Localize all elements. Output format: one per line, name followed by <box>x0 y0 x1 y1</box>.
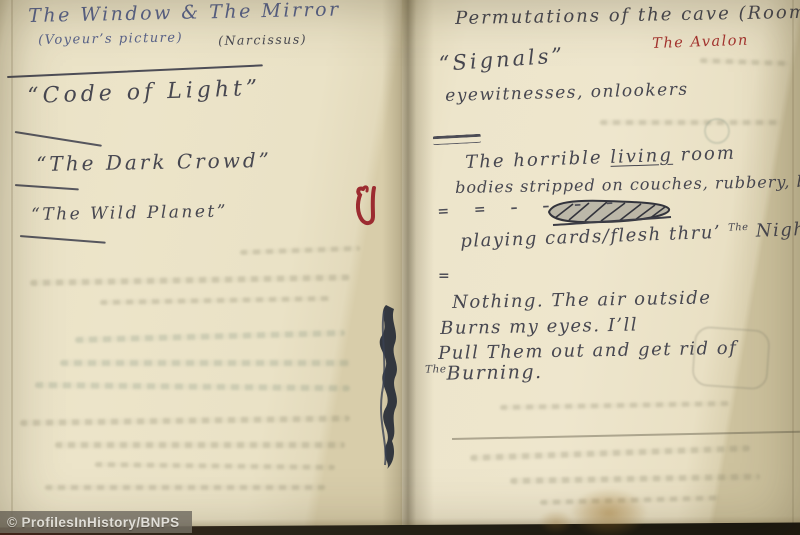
ghost-line <box>55 442 345 448</box>
left-page-edge <box>11 0 13 535</box>
cards-sup-the: The <box>728 222 749 234</box>
equals-mark: = <box>438 268 450 284</box>
red-annotation-avalon: The Avalon <box>652 33 749 52</box>
ink-scribble <box>372 303 406 471</box>
ghost-circle <box>704 118 730 144</box>
poem-line-4: TheBurning. <box>425 361 543 385</box>
stain <box>570 488 648 535</box>
ghost-line <box>45 485 325 490</box>
red-ink-mark <box>354 183 382 229</box>
cards-post: Night <box>748 219 800 242</box>
living-room-post: room <box>672 143 736 166</box>
watermark-bar: © ProfilesInHistory/BNPS <box>0 511 192 533</box>
right-page-edge <box>792 0 794 535</box>
left-subtitle-voyeur: (Voyeur’s picture) <box>38 30 183 48</box>
notebook-photo: The Window & The Mirror (Voyeur’s pictur… <box>0 0 800 535</box>
living-room-underlined: living <box>610 145 673 168</box>
poem-line-2: Burns my eyes. I’ll <box>440 315 638 339</box>
ghost-line <box>600 120 780 125</box>
watermark-text: © ProfilesInHistory/BNPS <box>7 515 180 530</box>
left-item-wild-planet: “The Wild Planet” <box>31 202 228 225</box>
burning-text: Burning. <box>446 361 542 385</box>
burning-sup-the: The <box>425 363 447 375</box>
left-subtitle-narcissus: (Narcissus) <box>218 31 307 48</box>
stain <box>538 510 574 534</box>
ghost-line <box>60 360 350 366</box>
left-item-dark-crowd: “The Dark Crowd” <box>36 148 272 176</box>
